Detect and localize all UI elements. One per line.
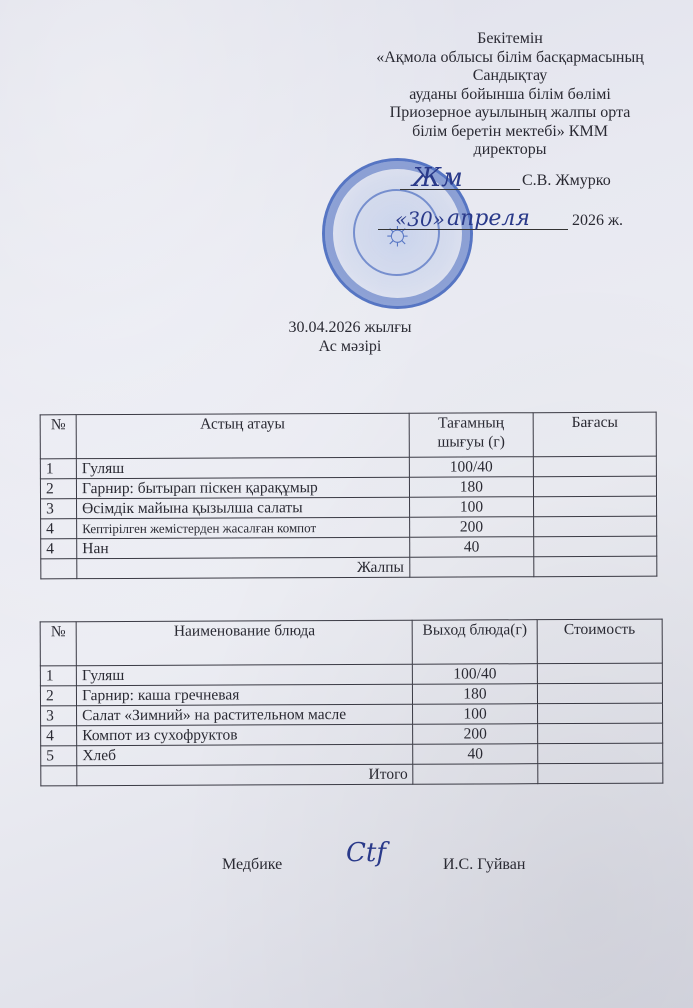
row-price <box>537 743 662 764</box>
table-row: 4 Нан 40 <box>41 536 657 559</box>
table-row: 4 Компот из сухофруктов 200 <box>41 723 663 746</box>
approval-day: «30» <box>395 207 445 231</box>
director-handwritten-signature: Жм <box>412 163 463 193</box>
table-header-row: № Наименование блюда Выход блюда(г) Стои… <box>40 619 662 666</box>
row-num: 2 <box>40 479 76 499</box>
approval-line: Приозерное ауылының жалпы орта <box>345 104 675 123</box>
nurse-handwritten-signature: Ctf <box>346 838 386 868</box>
row-name: Нан <box>77 537 410 558</box>
row-price <box>534 536 657 557</box>
approval-line: Сандықтау <box>345 67 675 86</box>
table-row: 2 Гарнир: каша гречневая 180 <box>40 683 662 706</box>
row-price <box>534 516 657 537</box>
row-num: 3 <box>41 706 77 726</box>
table-row: 5 Хлеб 40 <box>41 743 663 766</box>
director-name: С.В. Жмурко <box>522 172 611 189</box>
table-total-row: Итого <box>41 763 663 786</box>
menu-date: 30.04.2026 жылғы <box>250 318 450 337</box>
row-name: Өсімдік майына қызылша салаты <box>77 497 410 518</box>
total-num <box>41 766 77 786</box>
row-yield: 100/40 <box>409 457 534 478</box>
approval-line: Бекітемін <box>345 30 675 49</box>
row-price <box>534 476 657 497</box>
row-price <box>537 663 662 684</box>
row-yield: 40 <box>409 537 534 558</box>
nurse-role-label: Медбике <box>222 856 282 874</box>
table-row: 3 Салат «Зимний» на растительном масле 1… <box>41 703 663 726</box>
row-name: Гарнир: каша гречневая <box>77 684 413 705</box>
header-yield: Выход блюда(г) <box>413 620 537 665</box>
row-yield: 180 <box>409 477 534 498</box>
table-row: 4 Кептірілген жемістерден жасалған компо… <box>41 516 657 539</box>
row-num: 2 <box>40 686 76 706</box>
header-price: Бағасы <box>533 412 656 457</box>
menu-title: 30.04.2026 жылғы Ас мәзірі <box>250 318 450 356</box>
table-row: 1 Гуляш 100/40 <box>40 456 656 479</box>
total-price <box>537 763 662 784</box>
row-price <box>533 456 656 477</box>
row-name: Гуляш <box>76 457 409 478</box>
nurse-name: И.С. Гуйван <box>443 856 525 874</box>
total-label: Итого <box>77 764 413 785</box>
row-name: Гуляш <box>76 664 412 685</box>
row-yield: 100 <box>413 704 537 725</box>
row-yield: 200 <box>409 517 534 538</box>
menu-table-russian: № Наименование блюда Выход блюда(г) Стои… <box>40 619 664 787</box>
approval-block: Бекітемін «Ақмола облысы білім басқармас… <box>345 30 675 160</box>
row-num: 1 <box>40 459 76 479</box>
header-name: Астың атауы <box>76 413 409 458</box>
row-yield: 100 <box>409 497 534 518</box>
row-name: Гарнир: бытырап піскен қарақұмыр <box>76 477 409 498</box>
header-num: № <box>40 415 76 459</box>
row-yield: 200 <box>413 724 537 745</box>
total-yield <box>409 557 534 578</box>
row-yield: 100/40 <box>413 664 537 685</box>
row-name: Салат «Зимний» на растительном масле <box>77 704 413 725</box>
row-num: 4 <box>41 539 77 559</box>
menu-heading: Ас мәзірі <box>250 337 450 356</box>
total-price <box>534 556 657 577</box>
row-num: 1 <box>40 666 76 686</box>
row-price <box>537 703 662 724</box>
row-price <box>537 683 662 704</box>
header-num: № <box>40 622 76 666</box>
approval-month: апреля <box>447 206 530 231</box>
row-num: 3 <box>41 499 77 519</box>
table-header-row: № Астың атауы Тағамның шығуы (г) Бағасы <box>40 412 656 459</box>
approval-line: ауданы бойынша білім бөлімі <box>345 86 675 105</box>
row-name: Компот из сухофруктов <box>77 724 413 745</box>
row-name: Хлеб <box>77 744 413 765</box>
header-price: Стоимость <box>537 619 663 664</box>
row-num: 5 <box>41 746 77 766</box>
table-total-row: Жалпы <box>41 556 657 579</box>
approval-line: «Ақмола облысы білім басқармасының <box>345 49 675 68</box>
row-name: Кептірілген жемістерден жасалған компот <box>77 517 410 538</box>
table-row: 3 Өсімдік майына қызылша салаты 100 <box>41 496 657 519</box>
table-row: 2 Гарнир: бытырап піскен қарақұмыр 180 <box>40 476 656 499</box>
row-price <box>534 496 657 517</box>
row-yield: 40 <box>413 744 537 765</box>
menu-table-kazakh: № Астың атауы Тағамның шығуы (г) Бағасы … <box>40 412 658 580</box>
approval-year: 2026 ж. <box>572 212 623 229</box>
header-yield: Тағамның шығуы (г) <box>409 413 534 458</box>
total-label: Жалпы <box>77 557 410 578</box>
header-name: Наименование блюда <box>76 620 413 665</box>
approval-line: білім беретін мектебі» КММ <box>345 123 675 142</box>
table-row: 1 Гуляш 100/40 <box>40 663 662 686</box>
approval-line: директоры <box>345 141 675 160</box>
row-num: 4 <box>41 519 77 539</box>
row-price <box>537 723 662 744</box>
row-yield: 180 <box>413 684 537 705</box>
total-yield <box>413 764 537 785</box>
total-num <box>41 559 77 579</box>
row-num: 4 <box>41 726 77 746</box>
